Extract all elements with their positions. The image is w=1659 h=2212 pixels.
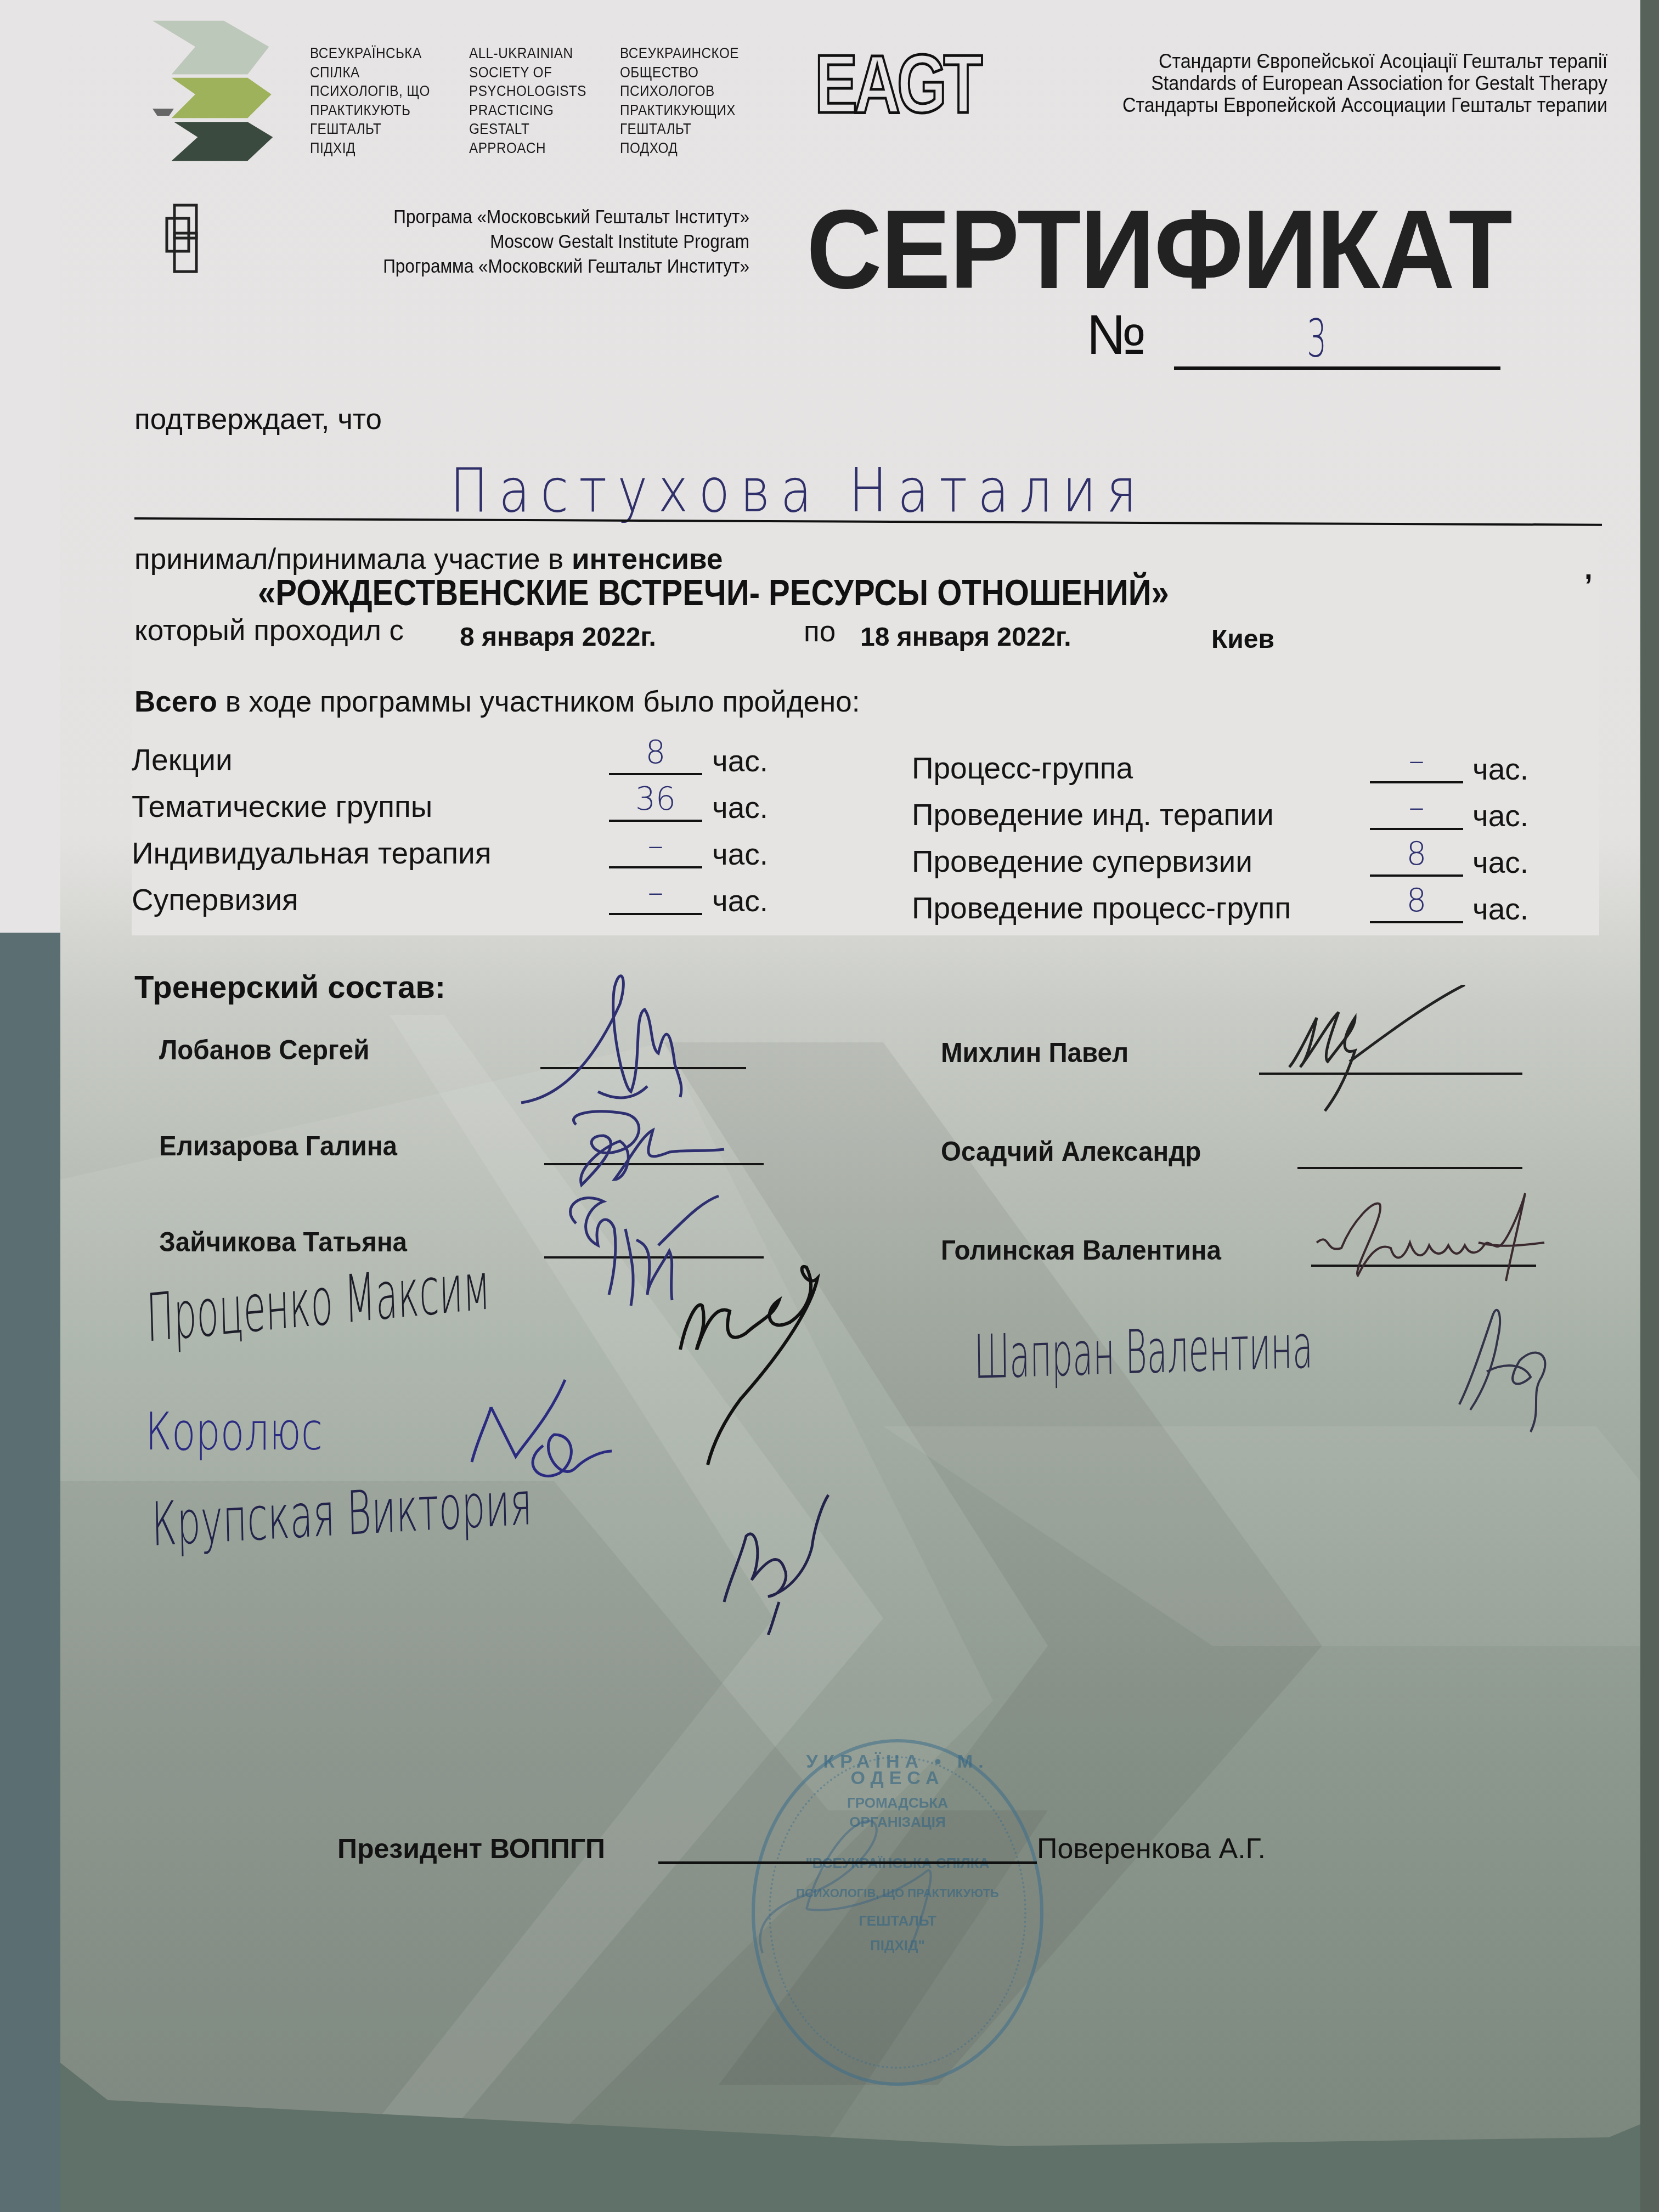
- date-from: 8 января 2022г.: [460, 621, 656, 654]
- participant-name: Пастухова Наталия: [450, 455, 1147, 526]
- confirms-text: подтверждает, что: [134, 403, 382, 436]
- signature-shapran: [1448, 1295, 1575, 1437]
- certificate-number-label: №: [1086, 304, 1146, 365]
- trainers-heading: Тренерский состав:: [134, 971, 445, 1004]
- certificate-title: СЕРТИФИКАТ: [806, 189, 1511, 310]
- background-edge-bottom: [0, 933, 60, 2212]
- trainer-name: Зайчикова Татьяна: [159, 1226, 407, 1258]
- certificate-number: 3: [1307, 312, 1327, 366]
- trainer-name: Михлин Павел: [941, 1037, 1128, 1069]
- held-text: который проходил с: [134, 614, 404, 647]
- signature-protsenko: [675, 1256, 922, 1503]
- org-name-ru: ВСЕУКРАИНСКОЕОБЩЕСТВОПСИХОЛОГОВПРАКТИКУЮ…: [620, 44, 739, 157]
- org-name-en: ALL-UKRAINIANSOCIETY OFPSYCHOLOGISTSPRAC…: [469, 44, 586, 157]
- stamp-ring-text: УКРАЇНА • М. ОДЕСА: [755, 1753, 1040, 1786]
- trainer-name: Лобанов Сергей: [159, 1034, 369, 1066]
- eagt-logo: EAGT: [815, 43, 979, 125]
- stamp-text-line: ГРОМАДСЬКА: [755, 1795, 1040, 1811]
- president-name: Поверенкова А.Г.: [1037, 1832, 1266, 1865]
- eagt-standards: Стандарти Європейської Асоціації Гешталь…: [1122, 50, 1607, 116]
- handwritten-name: Королюс: [145, 1402, 323, 1462]
- city: Киев: [1211, 623, 1274, 656]
- signature-lobanov: [516, 955, 724, 1108]
- signature-elizarova: [560, 1103, 768, 1190]
- date-to: 18 января 2022г.: [860, 621, 1071, 654]
- chevron-stack-icon: [145, 12, 288, 177]
- signature-mikhlin: [1284, 985, 1503, 1127]
- course-title: «РОЖДЕСТВЕНСКИЕ ВСТРЕЧИ- РЕСУРСЫ ОТНОШЕН…: [258, 573, 1169, 612]
- stray-mark: ,: [1584, 553, 1593, 586]
- signature-line: [1297, 1167, 1522, 1169]
- signature-golinskaya: [1314, 1188, 1555, 1286]
- trainer-name: Голинская Валентина: [941, 1234, 1221, 1266]
- background-edge-right: [1640, 0, 1659, 2212]
- signature-korolyus: [466, 1374, 614, 1484]
- program-name: Програма «Московський Гештальт Інститут»…: [383, 205, 749, 279]
- hours-intro: Всего в ходе программы участником было п…: [134, 686, 860, 719]
- president-signature: [746, 1810, 977, 1975]
- interlocking-squares-icon: [165, 203, 203, 274]
- participated-text: принимал/принимала участие в интенсиве: [134, 543, 723, 576]
- president-label: Президент ВОППГП: [337, 1832, 605, 1865]
- org-name-uk: ВСЕУКРАЇНСЬКАСПІЛКАПСИХОЛОГІВ, ЩОПРАКТИК…: [310, 44, 430, 157]
- signature-krupskaya: [719, 1492, 883, 1635]
- handwritten-name: Шапран Валентина: [974, 1311, 1313, 1392]
- trainer-name: Елизарова Галина: [159, 1130, 397, 1162]
- to-label: по: [804, 616, 836, 648]
- certificate-number-line: [1174, 366, 1500, 370]
- trainer-name: Осадчий Александр: [941, 1136, 1201, 1167]
- president-signature-line: [658, 1861, 1037, 1864]
